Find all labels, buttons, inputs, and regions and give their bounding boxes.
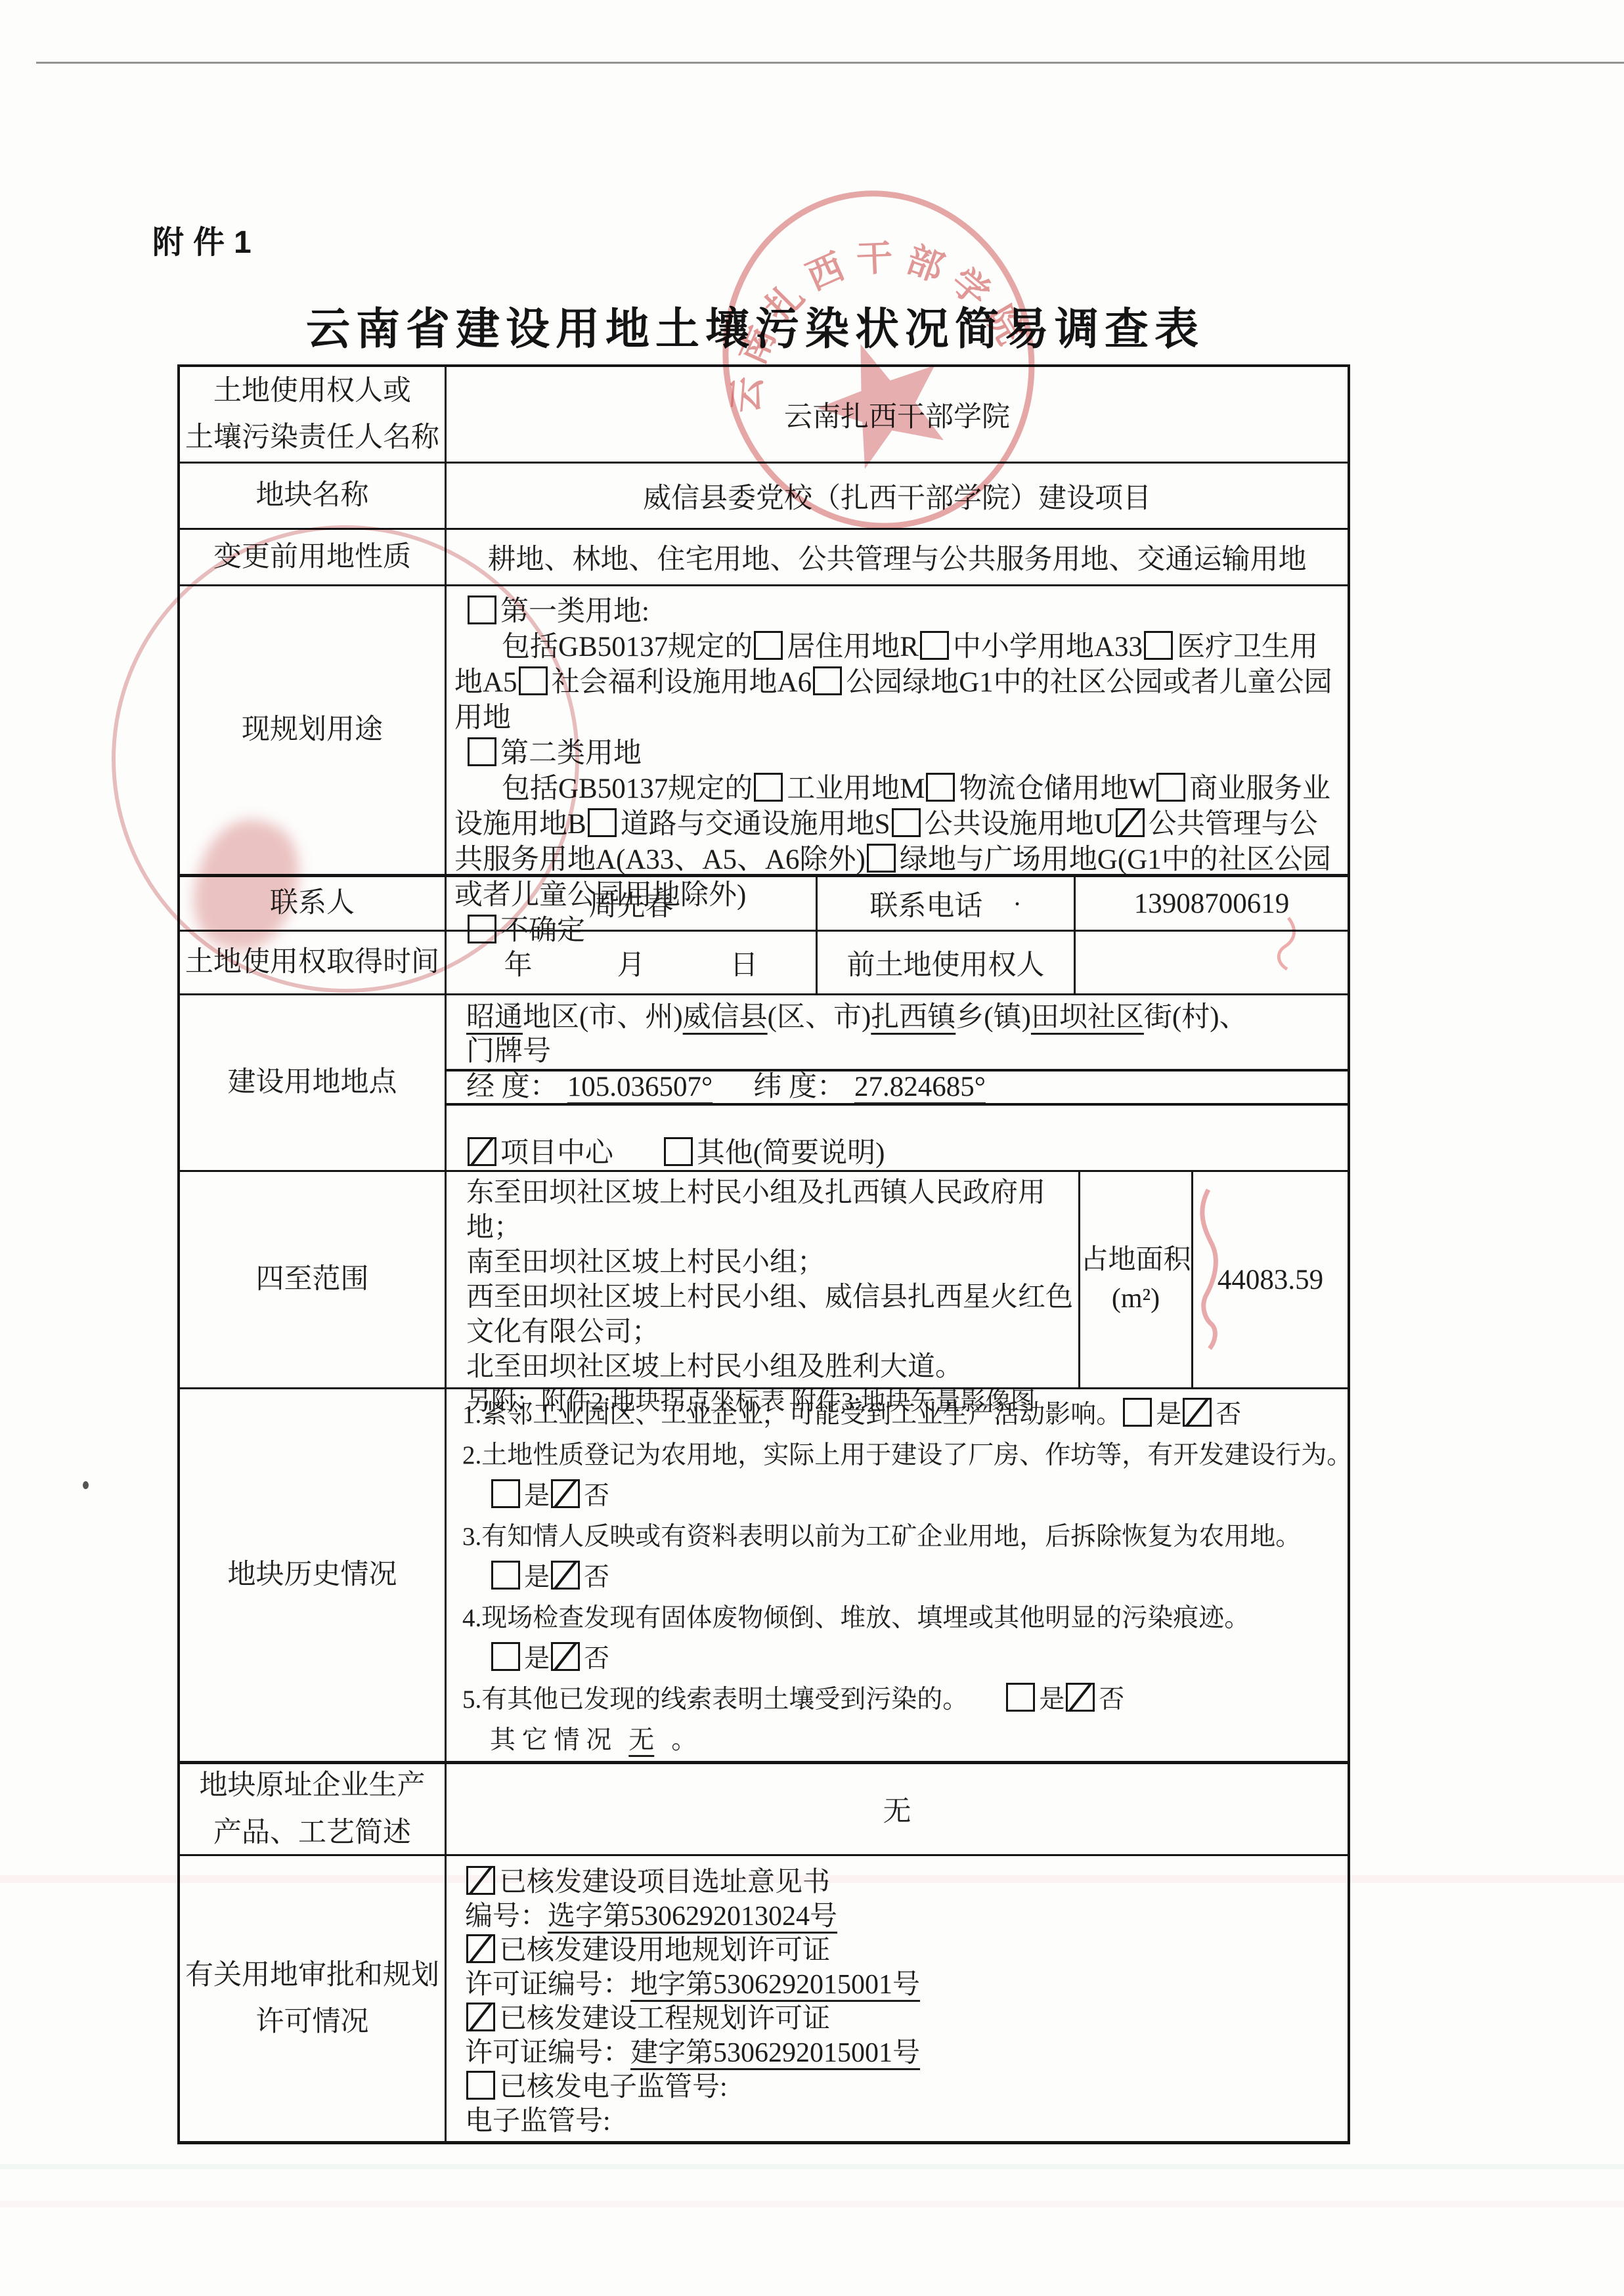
- history-item-2: 2.土地性质登记为农用地，实际上用于建设了厂房、作坊等，有开发建设行为。: [462, 1435, 1348, 1476]
- permit-number-3: 许可证编号：建字第5306292015001号: [465, 2036, 1348, 2070]
- checkbox-checked-icon: [1183, 1398, 1212, 1427]
- use-class1-detail: 包括GB50137规定的居住用地R中小学用地A33医疗卫生用地A5社会福利设施用…: [454, 630, 1342, 736]
- checkbox-checked-icon: [468, 1137, 496, 1166]
- table-row: 地块历史情况 1.紧邻工业园区、工业企业，可能受到工业生产活动影响。是否 2.土…: [180, 1387, 1348, 1761]
- site-location-cell: 昭通地区(市、州)威信县(区、市)扎西镇乡(镇)田坝社区街(村)、 门牌号 经 …: [445, 995, 1348, 1170]
- checkbox-checked-icon: [1116, 808, 1145, 837]
- text-segment: 已核发电子监管号:: [499, 2072, 728, 2102]
- stray-dot-mark: ·: [1013, 888, 1021, 919]
- checkbox-icon: [491, 1642, 520, 1671]
- permit-line-5: 电子监管号:: [465, 2104, 1348, 2138]
- scan-speck: [83, 1481, 89, 1489]
- address-lines: 昭通地区(市、州)威信县(区、市)扎西镇乡(镇)田坝社区街(村)、 门牌号: [447, 995, 1348, 1069]
- permit-number-1: 编号：选字第5306292013024号: [465, 1899, 1348, 1934]
- row-label: 土地使用权人或 土壤污染责任人名称: [180, 367, 445, 462]
- checkbox-icon: [664, 1137, 693, 1166]
- checkbox-icon: [1156, 773, 1185, 802]
- permit-no-value: 地字第5306292015001号: [630, 1970, 920, 2000]
- boundary-north: 北至田坝社区坡上村民小组及胜利大道。: [466, 1350, 1078, 1385]
- text-segment: 许可证编号：: [465, 1970, 630, 2000]
- row-label-line: 地块原址企业生产: [200, 1771, 426, 1800]
- boundary-east: 东至田坝社区坡上村民小组及扎西镇人民政府用地；: [466, 1176, 1078, 1245]
- checkbox-checked-icon: [466, 2003, 495, 2031]
- phone-label-cell: 联系电话·: [816, 877, 1074, 930]
- longitude-value: 105.036507°: [567, 1072, 713, 1103]
- attachment-label: 附件1: [152, 217, 261, 262]
- checkbox-icon: [1123, 1398, 1152, 1427]
- checkbox-icon: [491, 1561, 520, 1590]
- checkbox-checked-icon: [551, 1561, 580, 1590]
- permit-number-2: 许可证编号：地字第5306292015001号: [465, 1968, 1348, 2002]
- scan-artifact-line: [36, 62, 1624, 64]
- address-line2: 门牌号: [466, 1035, 1348, 1069]
- history-item-1: 1.紧邻工业园区、工业企业，可能受到工业生产活动影响。是否: [462, 1395, 1348, 1435]
- text-segment: 乡(镇): [955, 1002, 1031, 1033]
- permit-no-value: 选字第5306292013024号: [548, 1901, 837, 1932]
- checkbox-checked-icon: [551, 1642, 580, 1671]
- other-situation-line: 其 它 情 况无。: [490, 1720, 1348, 1761]
- yes-no-line: 是否: [490, 1557, 1348, 1598]
- phone-label: 联系电话: [869, 884, 982, 924]
- coordinate-reference-choice: 项目中心 其他(简要说明): [447, 1106, 1348, 1171]
- permit-no-value: 建字第5306292015001号: [630, 2038, 920, 2068]
- row-label-line: 有关用地审批和规划: [185, 1960, 439, 1990]
- latitude-value: 27.824685°: [854, 1072, 986, 1103]
- checkbox-icon: [867, 844, 896, 873]
- option-other: 其他(简要说明): [697, 1138, 885, 1169]
- boundary-west: 西至田坝社区坡上村民小组、威信县扎西星火红色文化有限公司；: [466, 1280, 1078, 1350]
- table-row: 四至范围 东至田坝社区坡上村民小组及扎西镇人民政府用地； 南至田坝社区坡上村民小…: [180, 1170, 1348, 1387]
- row-label-line: 土地使用权人或: [213, 376, 411, 406]
- use-class1-line: 第一类用地:: [466, 594, 1342, 630]
- checkbox-checked-icon: [551, 1479, 580, 1508]
- history-item-3: 3.有知情人反映或有资料表明以前为工矿企业用地，后拆除恢复为农用地。: [462, 1517, 1348, 1557]
- partial-stamp-ring: [112, 525, 579, 993]
- text-segment: (区、市): [768, 1002, 871, 1033]
- checkbox-icon: [813, 666, 842, 695]
- no-label: 否: [584, 1482, 609, 1510]
- text-segment: 公共设施用地U: [925, 809, 1114, 840]
- yes-label: 是: [524, 1482, 550, 1510]
- permit-line-1: 已核发建设项目选址意见书: [465, 1865, 1348, 1899]
- checkbox-icon: [1006, 1683, 1035, 1712]
- area-label-cell: 占地面积 (m²): [1078, 1172, 1191, 1387]
- checkbox-icon: [920, 631, 949, 660]
- scanned-form-page: 附件1 云南省建设用地土壤污染状况简易调查表 土地使用权人或 土壤污染责任人名称…: [0, 0, 1624, 2296]
- checkbox-checked-icon: [466, 1866, 495, 1895]
- area-value: 44083.59: [1191, 1172, 1348, 1387]
- row-label-line: 土壤污染责任人名称: [185, 423, 439, 452]
- acquire-date-value: 年 月 日: [445, 932, 816, 993]
- coordinates-row: 经 度：105.036507° 纬 度：27.824685°: [447, 1069, 1348, 1106]
- permit-line-3: 已核发建设工程规划许可证: [465, 2002, 1348, 2036]
- text-segment: 许可证编号：: [465, 2038, 630, 2068]
- text-segment: 1.紧邻工业园区、工业企业，可能受到工业生产活动影响。: [462, 1400, 1122, 1429]
- checkbox-icon: [926, 773, 955, 802]
- yes-label: 是: [1039, 1685, 1064, 1714]
- table-row: 地块原址企业生产 产品、工艺简述 无: [180, 1761, 1348, 1854]
- row-label: 地块名称: [180, 464, 445, 528]
- table-row: 建设用地地点 昭通地区(市、州)威信县(区、市)扎西镇乡(镇)田坝社区街(村)、…: [180, 993, 1348, 1170]
- boundaries-cell: 东至田坝社区坡上村民小组及扎西镇人民政府用地； 南至田坝社区坡上村民小组； 西至…: [445, 1172, 1078, 1387]
- row-label: 建设用地地点: [180, 995, 445, 1170]
- text-segment: 已核发建设项目选址意见书: [499, 1867, 830, 1897]
- text-segment: 街(村)、: [1144, 1002, 1248, 1033]
- use-class2-line: 第二类用地: [466, 736, 1342, 771]
- original-enterprise-value: 无: [445, 1764, 1348, 1854]
- no-label: 否: [1216, 1400, 1241, 1429]
- text-segment: 5.有其他已发现的线索表明土壤受到污染的。: [462, 1685, 968, 1714]
- permits-cell: 已核发建设项目选址意见书 编号：选字第5306292013024号 已核发建设用…: [445, 1856, 1348, 2141]
- history-item-4: 4.现场检查发现有固体废物倾倒、堆放、填埋或其他明显的污染痕迹。: [462, 1598, 1348, 1639]
- text-segment: 物流仓储用地W: [959, 773, 1155, 804]
- official-stamp: 云南扎西干部学院: [676, 150, 1081, 570]
- checkbox-icon: [466, 2071, 495, 2100]
- table-row: 有关用地审批和规划 许可情况 已核发建设项目选址意见书 编号：选字第530629…: [180, 1854, 1348, 2141]
- checkbox-icon: [754, 631, 783, 660]
- history-item-5: 5.有其他已发现的线索表明土壤受到污染的。是否: [462, 1679, 1348, 1720]
- yes-no-line: 是否: [490, 1639, 1348, 1679]
- no-label: 否: [1099, 1685, 1124, 1714]
- text-segment: 中小学用地A33: [953, 632, 1143, 662]
- option-other-wrap: 其他(简要说明): [663, 1138, 885, 1169]
- checkbox-icon: [491, 1479, 520, 1508]
- text-segment: 地区(市、州): [523, 1002, 683, 1033]
- row-label: 地块原址企业生产 产品、工艺简述: [180, 1764, 445, 1854]
- text-segment: 工业用地M: [787, 773, 925, 804]
- no-label: 否: [584, 1563, 609, 1592]
- checkbox-checked-icon: [1066, 1683, 1095, 1712]
- row-label: 地块历史情况: [180, 1389, 445, 1761]
- text-segment: 已核发建设用地规划许可证: [499, 1936, 830, 1966]
- text-segment: 社会福利设施用地A6: [552, 667, 812, 698]
- yes-label: 是: [524, 1645, 550, 1673]
- history-cell: 1.紧邻工业园区、工业企业，可能受到工业生产活动影响。是否 2.土地性质登记为农…: [445, 1389, 1348, 1761]
- yes-label: 是: [524, 1563, 550, 1592]
- row-label-line: 许可情况: [256, 2007, 369, 2037]
- prev-owner-label: 前土地使用权人: [816, 932, 1074, 993]
- planned-use-cell: 第一类用地: 包括GB50137规定的居住用地R中小学用地A33医疗卫生用地A5…: [445, 586, 1348, 874]
- yes-label: 是: [1156, 1400, 1181, 1429]
- area-unit: (m²): [1112, 1280, 1160, 1318]
- text-segment: 。: [671, 1726, 697, 1754]
- other-value: 无: [611, 1726, 671, 1754]
- permit-line-4: 已核发电子监管号:: [465, 2070, 1348, 2104]
- address-filled: 扎西镇: [871, 1002, 955, 1033]
- other-label: 其 它 情 况: [490, 1726, 611, 1754]
- phone-value: 13908700619: [1074, 877, 1348, 930]
- prev-owner-value: [1074, 932, 1348, 993]
- checkbox-icon: [892, 808, 921, 837]
- row-label: 有关用地审批和规划 许可情况: [180, 1856, 445, 2141]
- option-project-center: 项目中心: [500, 1138, 613, 1169]
- address-filled: 威信县: [683, 1002, 768, 1033]
- text-segment: 编号：: [465, 1901, 548, 1932]
- address-filled: 田坝社区: [1031, 1002, 1144, 1033]
- longitude-label: 经 度：: [466, 1072, 558, 1103]
- scan-artifact-band: [0, 2164, 1624, 2169]
- checkbox-icon: [1144, 631, 1173, 660]
- boundary-south: 南至田坝社区坡上村民小组；: [466, 1245, 1078, 1280]
- row-label: 四至范围: [180, 1172, 445, 1387]
- area-label: 占地面积: [1080, 1241, 1191, 1280]
- text-segment: 已核发建设工程规划许可证: [499, 2004, 830, 2034]
- scan-artifact-band: [0, 2201, 1624, 2207]
- yes-no-line: 是否: [490, 1476, 1348, 1517]
- checkbox-checked-icon: [466, 1934, 495, 1963]
- checkbox-icon: [754, 773, 783, 802]
- no-label: 否: [584, 1645, 609, 1673]
- address-filled: 昭通: [466, 1002, 523, 1033]
- row-label-line: 产品、工艺简述: [213, 1818, 411, 1848]
- text-segment: 道路与交通设施用地S: [621, 809, 890, 840]
- permit-line-2: 已核发建设用地规划许可证: [465, 1934, 1348, 1968]
- latitude-label: 纬 度：: [753, 1072, 845, 1103]
- stamp-star-icon: [802, 323, 960, 477]
- text-segment: 居住用地R: [787, 632, 919, 662]
- checkbox-icon: [588, 808, 617, 837]
